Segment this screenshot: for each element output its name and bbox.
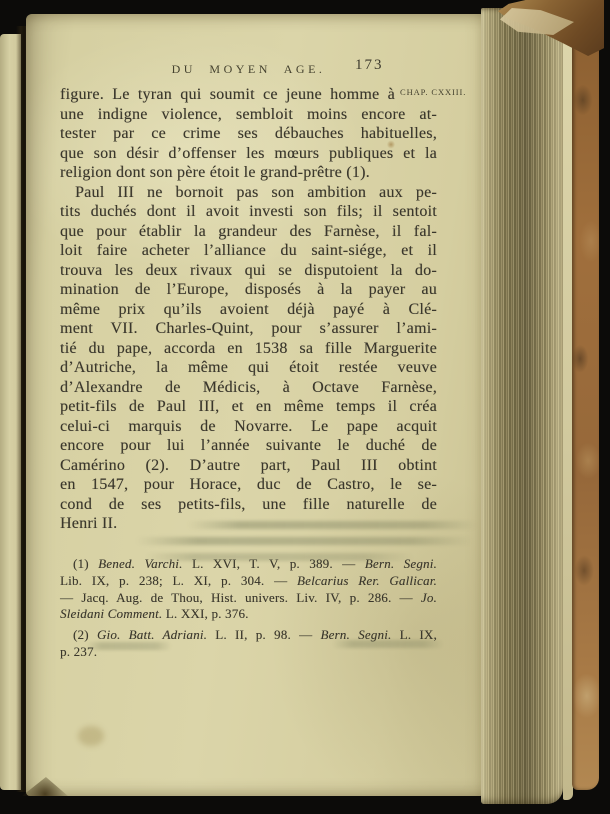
bleedthrough-text bbox=[144, 553, 414, 561]
footnote-line: Lib. IX, p. 238; L. XI, p. 304. — Belcar… bbox=[60, 573, 437, 590]
text-line: que pour établir la grandeur des Farnèse… bbox=[60, 222, 437, 242]
text-line: une indigne violence, sembloit moins enc… bbox=[60, 105, 437, 125]
text-line: ment VII. Charles-Quint, pour s’assurer … bbox=[60, 319, 437, 339]
bleedthrough-text bbox=[136, 537, 472, 545]
book-photo-frame: DU MOYEN AGE. 173 CHAP. CXXIII. figure. … bbox=[0, 0, 610, 814]
text-line: petit-fils de Paul III, et en même temps… bbox=[60, 397, 437, 417]
text-line: religion dont son père étoit le grand-pr… bbox=[60, 163, 437, 183]
stain-spot bbox=[387, 140, 395, 149]
text-line: d’Autriche, la même qui étoit restée veu… bbox=[60, 358, 437, 378]
text-line: tié du pape, accorda en 1538 sa fille Ma… bbox=[60, 339, 437, 359]
text-line: tester par ce crime ses débauches habitu… bbox=[60, 124, 437, 144]
text-line: que son désir d’offenser les mœurs publi… bbox=[60, 144, 437, 164]
text-line: loit faire acheter l’alliance du saint-s… bbox=[60, 241, 437, 261]
fore-edge-stack bbox=[481, 8, 563, 804]
bleedthrough-text bbox=[332, 640, 444, 648]
text-line: d’Alexandre de Médicis, à Octave Farnèse… bbox=[60, 378, 437, 398]
footnote-line: — Jacq. Aug. de Thou, Hist. univers. Liv… bbox=[60, 590, 437, 607]
running-title: DU MOYEN AGE. bbox=[172, 62, 326, 76]
text-line: tits duchés dont il avoit investi son fi… bbox=[60, 202, 437, 222]
text-line: en 1547, pour Horace, duc de Castro, le … bbox=[60, 475, 437, 495]
text-line: même prix qu’ils avoient déjà payé à Clé… bbox=[60, 300, 437, 320]
folio-page-number: 173 bbox=[355, 57, 384, 74]
text-line: Camérino (2). D’autre part, Paul III obt… bbox=[60, 456, 437, 476]
main-text: figure. Le tyran qui soumit ce jeune hom… bbox=[60, 85, 437, 534]
marble-cover-edge bbox=[572, 6, 599, 790]
footnote-line: Sleidani Comment. L. XXI, p. 376. bbox=[60, 606, 437, 623]
corner-shadow bbox=[22, 777, 68, 796]
paragraph: figure. Le tyran qui soumit ce jeune hom… bbox=[60, 85, 437, 183]
text-line: mination de l’Europe, disposés à la paye… bbox=[60, 280, 437, 300]
text-line: celui-ci marquis de Novarre. Le pape acq… bbox=[60, 417, 437, 437]
bleedthrough-text bbox=[86, 642, 172, 650]
text-line: figure. Le tyran qui soumit ce jeune hom… bbox=[60, 85, 437, 105]
text-line: cond de ses petits-fils, une fille natur… bbox=[60, 495, 437, 515]
text-line: trouva les deux rivaux qui se disputoien… bbox=[60, 261, 437, 281]
paragraph: Paul III ne bornoit pas son ambition aux… bbox=[60, 183, 437, 534]
footnote: (1) Bened. Varchi. L. XVI, T. V, p. 389.… bbox=[60, 556, 437, 623]
bleedthrough-text bbox=[187, 521, 477, 529]
book-page: DU MOYEN AGE. 173 CHAP. CXXIII. figure. … bbox=[26, 14, 482, 796]
text-line: encore pour lui l’année suivante le duch… bbox=[60, 436, 437, 456]
text-line: Paul III ne bornoit pas son ambition aux… bbox=[60, 183, 437, 203]
stain-spot bbox=[78, 726, 104, 746]
